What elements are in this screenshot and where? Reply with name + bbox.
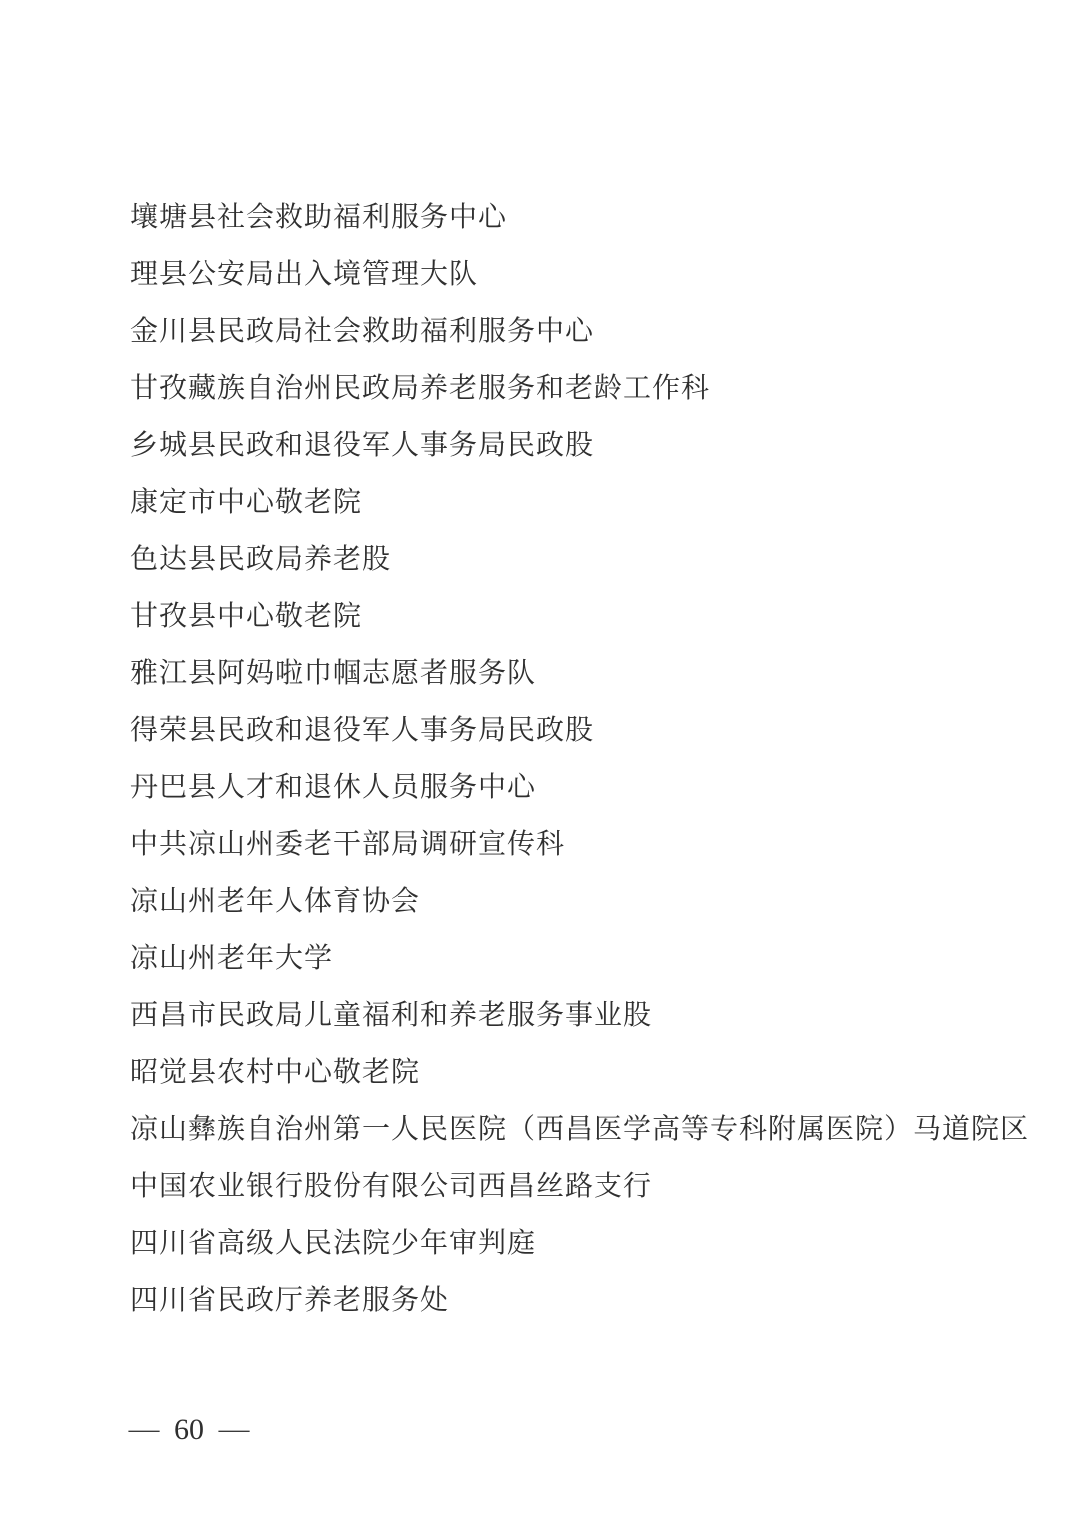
org-name-line: 凉山州老年大学 — [130, 930, 1040, 987]
page-number: 60 — [174, 1413, 204, 1447]
org-name-list: 壤塘县社会救助福利服务中心 理县公安局出入境管理大队 金川县民政局社会救助福利服… — [130, 189, 1040, 1329]
org-name-line: 金川县民政局社会救助福利服务中心 — [130, 303, 1040, 360]
org-name-line: 昭觉县农村中心敬老院 — [130, 1044, 1040, 1101]
org-name-line: 凉山州老年人体育协会 — [130, 873, 1040, 930]
org-name-line: 壤塘县社会救助福利服务中心 — [130, 189, 1040, 246]
org-name-line: 中国农业银行股份有限公司西昌丝路支行 — [130, 1158, 1040, 1215]
page-footer: — 60 — — [130, 1413, 248, 1447]
org-name-line: 得荣县民政和退役军人事务局民政股 — [130, 702, 1040, 759]
org-name-line: 丹巴县人才和退休人员服务中心 — [130, 759, 1040, 816]
org-name-line: 雅江县阿妈啦巾帼志愿者服务队 — [130, 645, 1040, 702]
org-name-line: 凉山彝族自治州第一人民医院（西昌医学高等专科附属医院）马道院区 — [130, 1101, 1040, 1158]
org-name-line: 甘孜县中心敬老院 — [130, 588, 1040, 645]
org-name-line: 四川省民政厅养老服务处 — [130, 1272, 1040, 1329]
footer-dash-left: — — [129, 1414, 160, 1446]
org-name-line: 理县公安局出入境管理大队 — [130, 246, 1040, 303]
org-name-line: 中共凉山州委老干部局调研宣传科 — [130, 816, 1040, 873]
document-page: 壤塘县社会救助福利服务中心 理县公安局出入境管理大队 金川县民政局社会救助福利服… — [0, 0, 1080, 1527]
org-name-line: 康定市中心敬老院 — [130, 474, 1040, 531]
org-name-line: 四川省高级人民法院少年审判庭 — [130, 1215, 1040, 1272]
org-name-line: 乡城县民政和退役军人事务局民政股 — [130, 417, 1040, 474]
org-name-line: 甘孜藏族自治州民政局养老服务和老龄工作科 — [130, 360, 1040, 417]
org-name-line: 西昌市民政局儿童福利和养老服务事业股 — [130, 987, 1040, 1044]
footer-dash-right: — — [219, 1414, 250, 1446]
org-name-line: 色达县民政局养老股 — [130, 531, 1040, 588]
